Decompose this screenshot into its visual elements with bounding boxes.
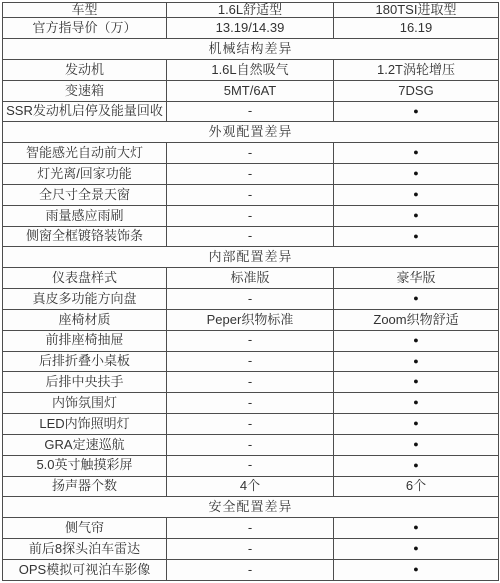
section-header-row: 内部配置差异	[3, 247, 499, 268]
trim1-value: -	[167, 101, 334, 122]
trim1-value: -	[167, 518, 334, 539]
trim1-value: -	[167, 164, 334, 185]
feature-label: 侧气帘	[3, 518, 167, 539]
feature-label: 仪表盘样式	[3, 268, 167, 289]
trim2-value: ●	[334, 184, 499, 205]
section-header-row: 外观配置差异	[3, 122, 499, 143]
column-header-trim2: 180TSI进取型	[334, 3, 499, 18]
trim2-value: 6个	[334, 476, 499, 497]
trim1-value: -	[167, 143, 334, 164]
trim1-value: -	[167, 226, 334, 247]
feature-label: 扬声器个数	[3, 476, 167, 497]
feature-label: SSR发动机启停及能量回收	[3, 101, 167, 122]
feature-label: 发动机	[3, 59, 167, 80]
car-comparison-table: 车型 1.6L舒适型 180TSI进取型 官方指导价（万） 13.19/14.3…	[2, 2, 499, 581]
trim1-value: -	[167, 289, 334, 310]
feature-label: 官方指导价（万）	[3, 18, 167, 39]
trim1-value: -	[167, 184, 334, 205]
column-header-trim1: 1.6L舒适型	[167, 3, 334, 18]
trim1-value: 1.6L自然吸气	[167, 59, 334, 80]
table-row: 5.0英寸触摸彩屏 - ●	[3, 455, 499, 476]
trim2-value: Zoom织物舒适	[334, 309, 499, 330]
table-row: 真皮多功能方向盘 - ●	[3, 289, 499, 310]
trim2-value: 1.2T涡轮增压	[334, 59, 499, 80]
trim1-value: -	[167, 330, 334, 351]
section-title: 外观配置差异	[3, 122, 499, 143]
section-title: 安全配置差异	[3, 497, 499, 518]
feature-label: 灯光离/回家功能	[3, 164, 167, 185]
trim2-value: ●	[334, 372, 499, 393]
table-row: 后排折叠小桌板 - ●	[3, 351, 499, 372]
trim1-value: -	[167, 414, 334, 435]
table-row: 内饰氛围灯 - ●	[3, 393, 499, 414]
trim2-value: ●	[334, 143, 499, 164]
table-row: 前后8探头泊车雷达 - ●	[3, 539, 499, 560]
table-row: LED内饰照明灯 - ●	[3, 414, 499, 435]
trim2-value: ●	[334, 330, 499, 351]
feature-label: GRA定速巡航	[3, 434, 167, 455]
car-spec-comparison: 车型 1.6L舒适型 180TSI进取型 官方指导价（万） 13.19/14.3…	[0, 0, 500, 583]
table-row: SSR发动机启停及能量回收 - ●	[3, 101, 499, 122]
trim2-value: 7DSG	[334, 80, 499, 101]
trim1-value: 13.19/14.39	[167, 18, 334, 39]
feature-label: 前排座椅抽屉	[3, 330, 167, 351]
table-row: OPS模拟可视泊车影像 - ●	[3, 559, 499, 580]
trim1-value: -	[167, 393, 334, 414]
table-header-row: 车型 1.6L舒适型 180TSI进取型	[3, 3, 499, 18]
table-row: 前排座椅抽屉 - ●	[3, 330, 499, 351]
trim2-value: ●	[334, 164, 499, 185]
feature-label: 真皮多功能方向盘	[3, 289, 167, 310]
feature-label: OPS模拟可视泊车影像	[3, 559, 167, 580]
feature-label: 侧窗全框镀铬装饰条	[3, 226, 167, 247]
trim1-value: 4个	[167, 476, 334, 497]
table-row: 扬声器个数 4个 6个	[3, 476, 499, 497]
trim1-value: Peper织物标准	[167, 309, 334, 330]
trim2-value: ●	[334, 205, 499, 226]
table-row: 仪表盘样式 标准版 豪华版	[3, 268, 499, 289]
trim2-value: ●	[334, 351, 499, 372]
section-title: 机械结构差异	[3, 39, 499, 60]
trim2-value: ●	[334, 539, 499, 560]
trim1-value: -	[167, 351, 334, 372]
trim1-value: 标准版	[167, 268, 334, 289]
trim1-value: -	[167, 539, 334, 560]
feature-label: 5.0英寸触摸彩屏	[3, 455, 167, 476]
table-row: 座椅材质 Peper织物标准 Zoom织物舒适	[3, 309, 499, 330]
trim2-value: ●	[334, 226, 499, 247]
table-row: 雨量感应雨刷 - ●	[3, 205, 499, 226]
table-row: 全尺寸全景天窗 - ●	[3, 184, 499, 205]
trim2-value: ●	[334, 414, 499, 435]
feature-label: 后排折叠小桌板	[3, 351, 167, 372]
feature-label: 智能感光自动前大灯	[3, 143, 167, 164]
trim2-value: ●	[334, 455, 499, 476]
table-row: GRA定速巡航 - ●	[3, 434, 499, 455]
feature-label: 全尺寸全景天窗	[3, 184, 167, 205]
table-row: 侧气帘 - ●	[3, 518, 499, 539]
table-row: 官方指导价（万） 13.19/14.39 16.19	[3, 18, 499, 39]
feature-label: 内饰氛围灯	[3, 393, 167, 414]
table-row: 智能感光自动前大灯 - ●	[3, 143, 499, 164]
feature-label: 前后8探头泊车雷达	[3, 539, 167, 560]
trim2-value: 豪华版	[334, 268, 499, 289]
section-header-row: 机械结构差异	[3, 39, 499, 60]
trim2-value: 16.19	[334, 18, 499, 39]
table-row: 后排中央扶手 - ●	[3, 372, 499, 393]
trim1-value: -	[167, 205, 334, 226]
trim2-value: ●	[334, 101, 499, 122]
column-header-model: 车型	[3, 3, 167, 18]
feature-label: 变速箱	[3, 80, 167, 101]
trim1-value: -	[167, 372, 334, 393]
table-row: 灯光离/回家功能 - ●	[3, 164, 499, 185]
section-title: 内部配置差异	[3, 247, 499, 268]
feature-label: 后排中央扶手	[3, 372, 167, 393]
trim2-value: ●	[334, 434, 499, 455]
trim2-value: ●	[334, 559, 499, 580]
table-row: 发动机 1.6L自然吸气 1.2T涡轮增压	[3, 59, 499, 80]
feature-label: LED内饰照明灯	[3, 414, 167, 435]
trim2-value: ●	[334, 289, 499, 310]
trim1-value: -	[167, 559, 334, 580]
feature-label: 座椅材质	[3, 309, 167, 330]
table-row: 侧窗全框镀铬装饰条 - ●	[3, 226, 499, 247]
trim2-value: ●	[334, 518, 499, 539]
trim1-value: -	[167, 455, 334, 476]
section-header-row: 安全配置差异	[3, 497, 499, 518]
trim1-value: 5MT/6AT	[167, 80, 334, 101]
trim2-value: ●	[334, 393, 499, 414]
feature-label: 雨量感应雨刷	[3, 205, 167, 226]
trim1-value: -	[167, 434, 334, 455]
table-row: 变速箱 5MT/6AT 7DSG	[3, 80, 499, 101]
